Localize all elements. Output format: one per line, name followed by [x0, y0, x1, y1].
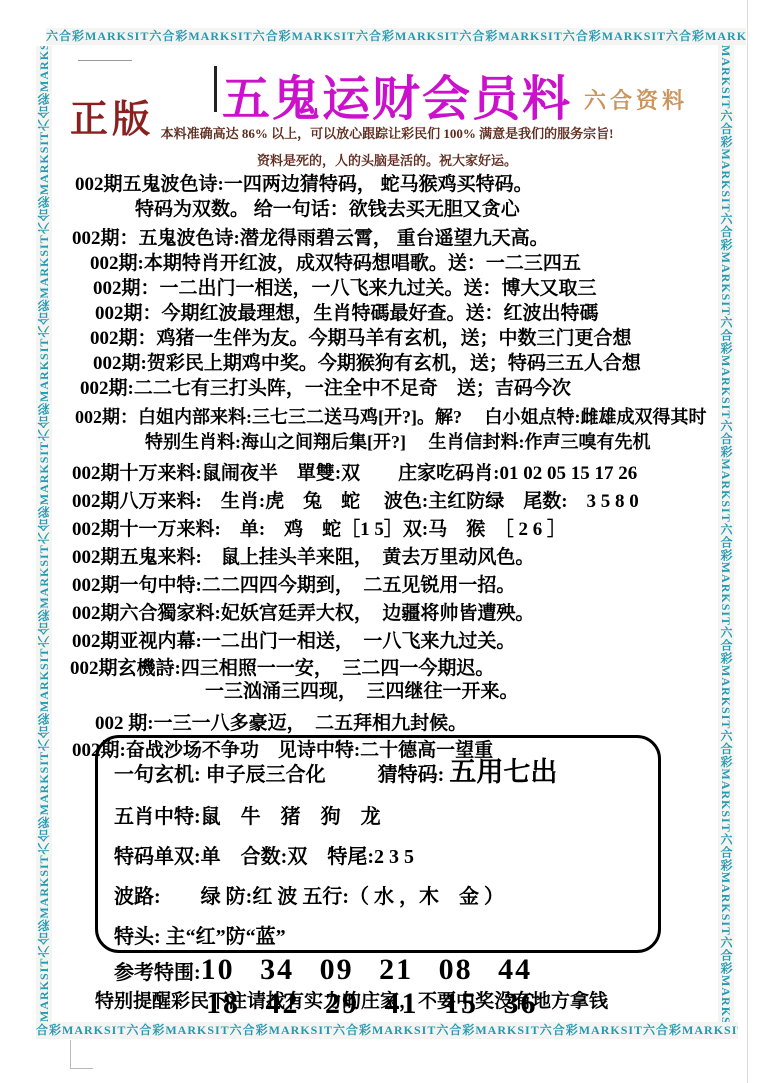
- accuracy-tagline: 本料准确高达 86% 以上，可以放心跟踪让彩民们 100% 满意是我们的服务宗旨…: [60, 123, 714, 142]
- ref-numbers-line1: 10 34 09 21 08 44: [201, 953, 533, 986]
- five-zodiac-row: 五肖中特:鼠 牛 猪 狗 龙: [114, 800, 642, 829]
- border-left-marksit: MARKSIT六合彩MARKSIT六合彩MARKSIT六合彩MARKSIT六合彩…: [36, 46, 52, 1022]
- border-bottom-marksit: 合彩MARKSIT六合彩MARKSIT六合彩MARKSIT六合彩MARKSIT六…: [36, 1022, 738, 1039]
- page-corner-mark: [70, 1040, 93, 1069]
- head-row: 特头: 主“红”防“蓝”: [114, 920, 642, 949]
- tip-line: 002期：五鬼波色诗:潜龙得雨碧云霄， 重台遥望九天高。: [70, 226, 718, 251]
- prediction-summary-box: 一句玄机: 申子辰三合化 猜特码: 五用七出 五肖中特:鼠 牛 猪 狗 龙 特码…: [95, 735, 661, 953]
- title-tick-mark: [214, 66, 217, 112]
- tip-line: 002期:二二七有三打头阵，一注全中不足奇 送；吉码今次: [70, 376, 718, 401]
- ref-label: 参考特围:: [114, 962, 201, 984]
- tip-line: 002期:本期特肖开红波，成双特码想唱歌。送：一二三四五: [70, 251, 718, 276]
- tip-line: 002期：今期红波最理想，生肖特碼最好查。送：红波出特碼: [70, 301, 718, 326]
- tip-line: 002期五鬼波色诗:一四两边猜特码， 蛇马猴鸡买特码。: [70, 172, 718, 197]
- tip-line: 002期：一二出门一相送，一八飞来九过关。送：博大又取三: [70, 276, 718, 301]
- guess-label: 猜特码:: [378, 764, 445, 786]
- border-top-marksit: 六合彩MARKSIT六合彩MARKSIT六合彩MARKSIT六合彩MARKSIT…: [46, 28, 746, 45]
- scan-line-artifact: [78, 60, 132, 61]
- odd-even-row: 特码单双:单 合数:双 特尾:2 3 5: [114, 840, 642, 869]
- tip-line: 特别生肖料:海山之间翔后集[开?] 生肖信封料:作声三嗅有先机: [70, 430, 718, 455]
- tip-line: 一三汹涌三四现， 三四继往一开来。: [70, 680, 718, 703]
- tip-line: 002期八万来料: 生肖:虎 兔 蛇 波色:主红防绿 尾数: 3 5 8 0: [70, 489, 718, 514]
- tip-line: 002期十万来料:鼠闹夜半 單雙:双 庄家吃码肖:01 02 05 15 17 …: [70, 461, 718, 486]
- tip-line: 002期十一万来料: 单: 鸡 蛇［1 5］双:马 猴 ［ 2 6 ］: [70, 517, 718, 542]
- footer-warning: 特别提醒彩民下注请找有实力的庄家，不要中奖没有地方拿钱: [95, 986, 608, 1013]
- guess-value: 五用七出: [449, 757, 557, 787]
- mystery-label: 一句玄机:: [114, 764, 201, 786]
- page-title: 五鬼运财会员料: [222, 60, 572, 129]
- tip-line: 特码为双数。 给一句话：欲钱去买无胆又贪心: [70, 197, 718, 222]
- tip-line: 002期六合獨家料:妃妖宫廷弄大权， 边疆将帅皆遭殃。: [70, 601, 718, 626]
- tip-line: 002期：白姐内部来料:三七三二送马鸡[开?]。解? 白小姐点特:雌雄成双得其时: [70, 405, 718, 430]
- category-label: 六合资料: [584, 84, 688, 115]
- tip-line: 002期:贺彩民上期鸡中奖。今期猴狗有玄机，送；特码三五人合想: [70, 351, 718, 376]
- tip-line: 002期五鬼来料: 鼠上挂头羊来阻， 黄去万里动风色。: [70, 545, 718, 570]
- page-edge-line: [747, 0, 748, 1083]
- tip-line: 002期：鸡猪一生伴为友。今期马羊有玄机，送；中数三门更合想: [70, 326, 718, 351]
- border-right-marksit: MARKSIT六合彩MARKSIT六合彩MARKSIT六合彩MARKSIT六合彩…: [718, 45, 734, 1022]
- tip-lines: 002期五鬼波色诗:一四两边猜特码， 蛇马猴鸡买特码。 特码为双数。 给一句话：…: [70, 172, 718, 763]
- lottery-tip-sheet: 六合彩MARKSIT六合彩MARKSIT六合彩MARKSIT六合彩MARKSIT…: [0, 0, 774, 1083]
- ref-numbers-row1: 参考特围:10 34 09 21 08 44: [114, 953, 642, 987]
- luck-tagline: 资料是死的，人的头脑是活的。祝大家好运。: [60, 150, 714, 169]
- mystery-value: 申子辰三合化: [206, 764, 326, 786]
- tip-line: 002期一句中特:二二四四今期到， 二五见锐用一招。: [70, 573, 718, 598]
- wave-row: 波路: 绿 防:红 波 五行:（ 水 ，木 金 ）: [114, 880, 642, 909]
- tip-line: 002 期:一三一八多豪迈， 二五拜相九封候。: [70, 711, 718, 736]
- tip-line: 002期亚视内幕:一二出门一相送， 一八飞来九过关。: [70, 629, 718, 654]
- mystery-row: 一句玄机: 申子辰三合化 猜特码: 五用七出: [114, 750, 642, 789]
- tip-line: 002期玄機詩:四三相照一一安， 三二四一今期迟。: [70, 657, 718, 680]
